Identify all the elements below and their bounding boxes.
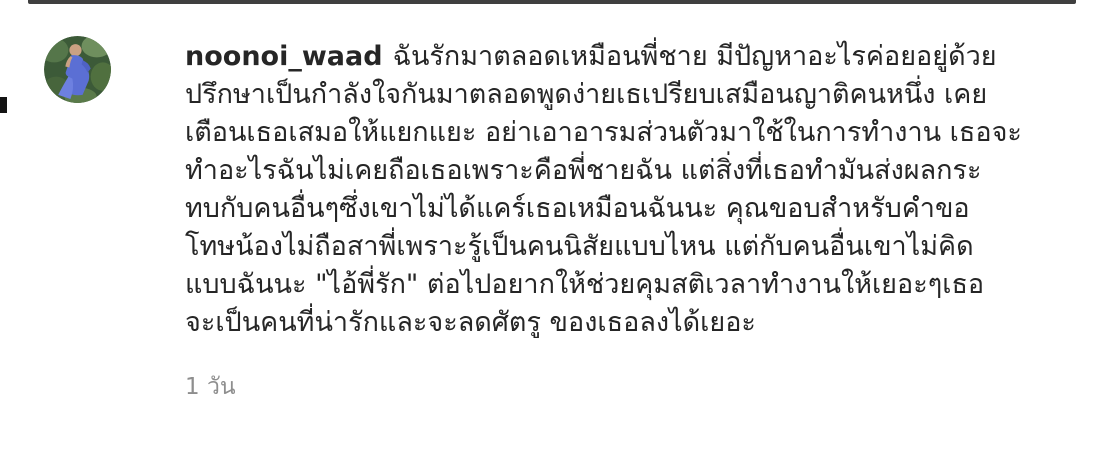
comment-line: จะเป็นคนที่น่ารักและจะลดศัตรู ของเธอลงได…: [185, 304, 1031, 342]
avatar[interactable]: [44, 36, 111, 103]
comment-line: แบบฉันนะ "ไอ้พี่รัก" ต่อไปอยากให้ช่วยคุม…: [185, 266, 1031, 304]
cropped-left-ui-fragment: [0, 97, 7, 113]
comment-line: noonoi_waadฉันรักมาตลอดเหมือนพี่ชาย มีปั…: [185, 38, 1031, 76]
comment-row: noonoi_waadฉันรักมาตลอดเหมือนพี่ชาย มีปั…: [44, 36, 1031, 406]
comment-line: ทบกับคนอื่นๆซึ่งเขาไม่ได้แคร์เธอเหมือนฉั…: [185, 190, 1031, 228]
comment-line: เตือนเธอเสมอให้แยกแยะ อย่าเอาอารมส่วนตัว…: [185, 114, 1031, 152]
comment-body: noonoi_waadฉันรักมาตลอดเหมือนพี่ชาย มีปั…: [185, 36, 1031, 406]
comment-line: ปรึกษาเป็นกำลังใจกันมาตลอดพูดง่ายเธเปรีย…: [185, 76, 1031, 114]
comment-line: ทำอะไรฉันไม่เคยถือเธอเพราะคือพี่ชายฉัน แ…: [185, 152, 1031, 190]
username-link[interactable]: noonoi_waad: [185, 41, 383, 72]
comment-line: โทษน้องไม่ถือสาพี่เพราะรู้เป็นคนนิสัยแบบ…: [185, 228, 1031, 266]
comment-timestamp: 1 วัน: [185, 368, 1031, 406]
comment-text: ฉันรักมาตลอดเหมือนพี่ชาย มีปัญหาอะไรค่อย…: [393, 41, 997, 72]
cropped-top-ui-fragment: [28, 0, 1076, 4]
avatar-image: [44, 36, 111, 103]
comment-section: noonoi_waadฉันรักมาตลอดเหมือนพี่ชาย มีปั…: [0, 0, 1101, 471]
